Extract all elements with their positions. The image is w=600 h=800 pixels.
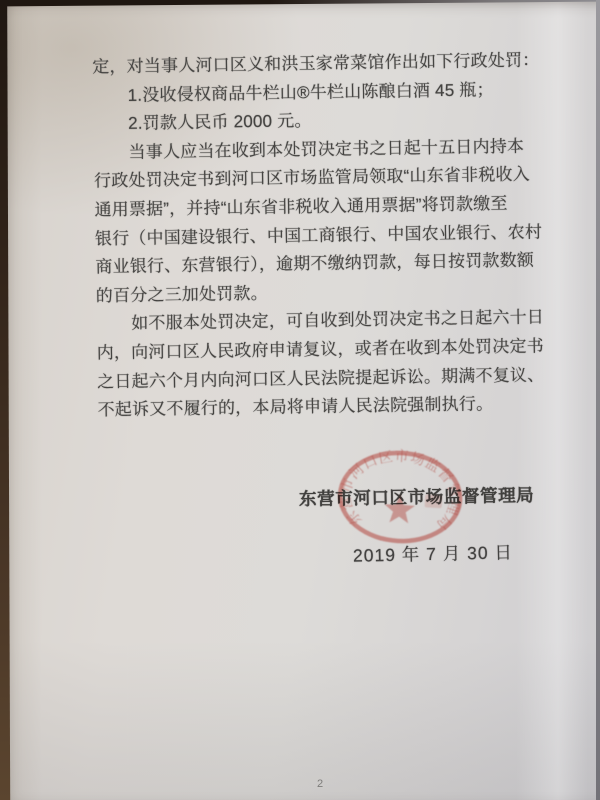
page-number: 2 [317,778,323,790]
body-line: 不起诉又不履行的，本局将申请人民法院强制执行。 [97,390,542,426]
photo-background: 定，对当事人河口区义和洪玉家常菜馆作出如下行政处罚： 1.没收侵权商品牛栏山®牛… [0,0,600,800]
official-seal: 东营市河口区市场监督管理局 [322,433,478,566]
seal-code-mark [425,494,443,508]
document-body: 定，对当事人河口区义和洪玉家常菜馆作出如下行政处罚： 1.没收侵权商品牛栏山®牛… [92,47,543,426]
seal-arc-text: 东营市河口区市场监督管理局 [335,445,466,535]
document-paper: 定，对当事人河口区义和洪玉家常菜馆作出如下行政处罚： 1.没收侵权商品牛栏山®牛… [0,0,600,800]
star-icon [384,493,416,523]
svg-text:东营市河口区市场监督管理局: 东营市河口区市场监督管理局 [335,445,466,535]
photo-right-edge-shadow [596,0,600,800]
